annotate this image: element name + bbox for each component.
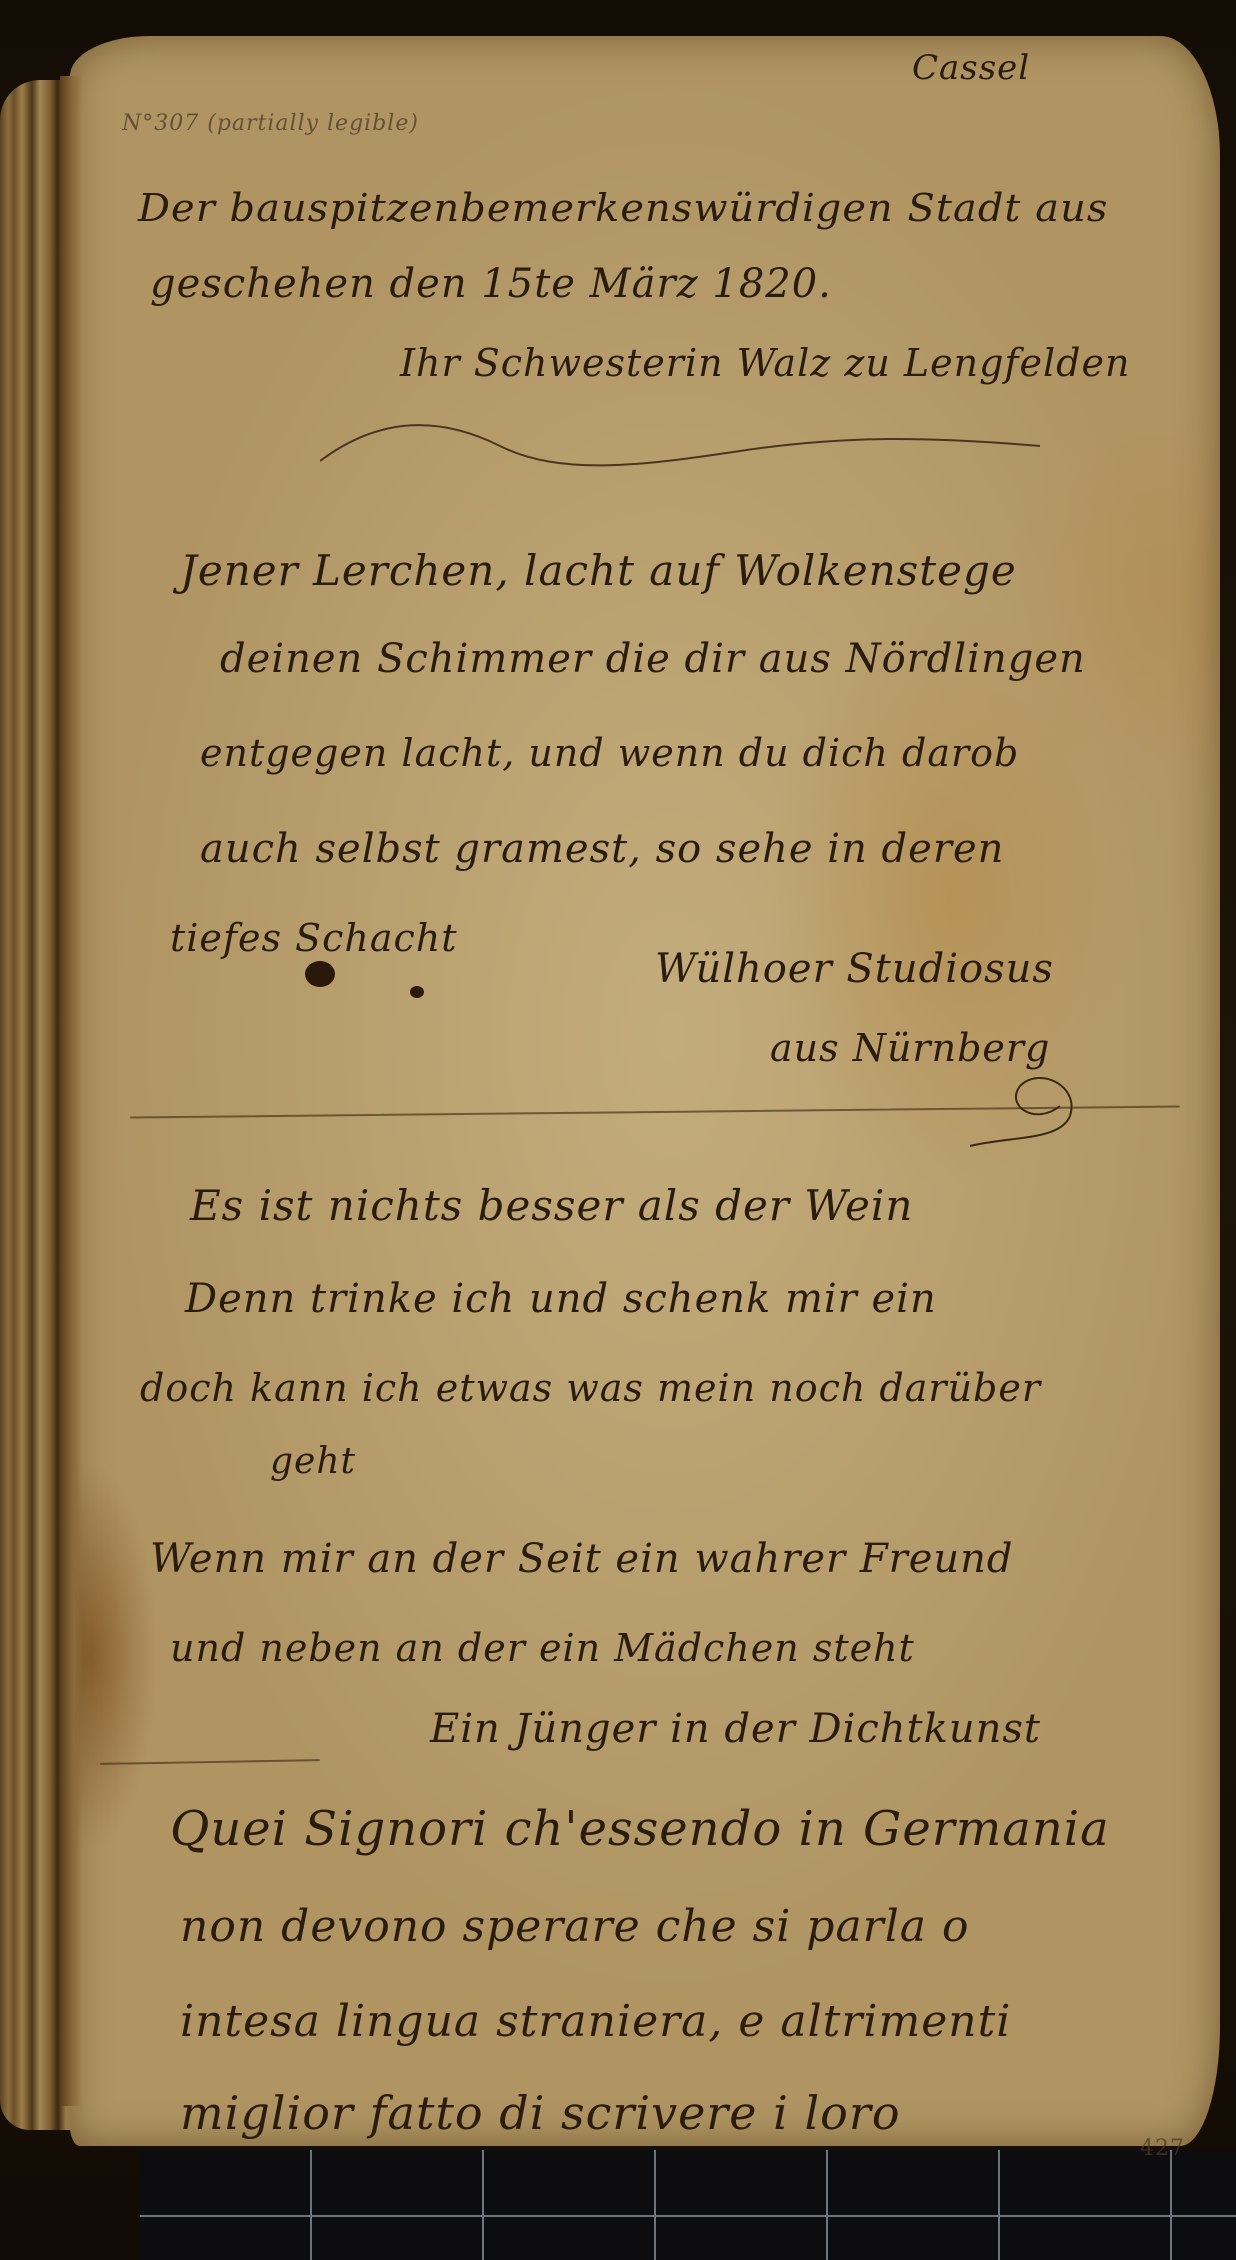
entry-3-line: Denn trinke ich und schenk mir ein <box>185 1276 937 1322</box>
entry-4-line: intesa lingua straniera, e altrimenti <box>180 1996 1011 2047</box>
entry-2-line: tiefes Schacht <box>170 916 458 960</box>
scanner-grid <box>140 2150 1236 2260</box>
entry-4-line: non devono sperare che si parla o <box>180 1901 970 1952</box>
ink-blot <box>305 961 335 987</box>
entry-2-line: auch selbst gramest, so sehe in deren <box>200 826 1004 872</box>
entry-3-line: doch kann ich etwas was mein noch darübe… <box>140 1366 1041 1410</box>
signature-flourish <box>950 1046 1090 1156</box>
ink-blot <box>410 986 424 998</box>
entry-2-line: Jener Lerchen, lacht auf Wolkenstege <box>180 546 1017 595</box>
entry-1-annotation: Cassel <box>912 48 1030 88</box>
page-number: 427 <box>1140 2136 1185 2161</box>
entry-2-signature: Wülhoer Studiosus <box>655 946 1054 992</box>
entry-2-line: deinen Schimmer die dir aus Nördlingen <box>220 636 1086 682</box>
entry-3-line: Wenn mir an der Seit ein wahrer Freund <box>150 1536 1014 1582</box>
entry-1-line: Ihr Schwesterin Walz zu Lengfelden <box>400 341 1130 385</box>
entry-3-line: und neben an der ein Mädchen steht <box>170 1626 915 1670</box>
corner-note: N°307 (partially legible) <box>122 111 419 136</box>
divider-flourish <box>320 416 1040 476</box>
entry-4-line: Quei Signori ch'essendo in Germania <box>170 1801 1110 1857</box>
divider-line <box>100 1759 320 1765</box>
entry-3-signature: Ein Jünger in der Dichtkunst <box>430 1706 1041 1752</box>
entry-1-line: Der bauspitzenbemerkenswürdigen Stadt au… <box>138 186 1108 230</box>
entry-3-line: geht <box>270 1441 356 1482</box>
manuscript-page: N°307 (partially legible) Cassel Der bau… <box>70 36 1220 2146</box>
entry-3-line: Es ist nichts besser als der Wein <box>190 1181 913 1230</box>
entry-4-line: miglior fatto di scrivere i loro <box>180 2086 901 2140</box>
entry-2-line: entgegen lacht, und wenn du dich darob <box>200 731 1019 775</box>
entry-1-line: geschehen den 15te März 1820. <box>150 261 832 307</box>
